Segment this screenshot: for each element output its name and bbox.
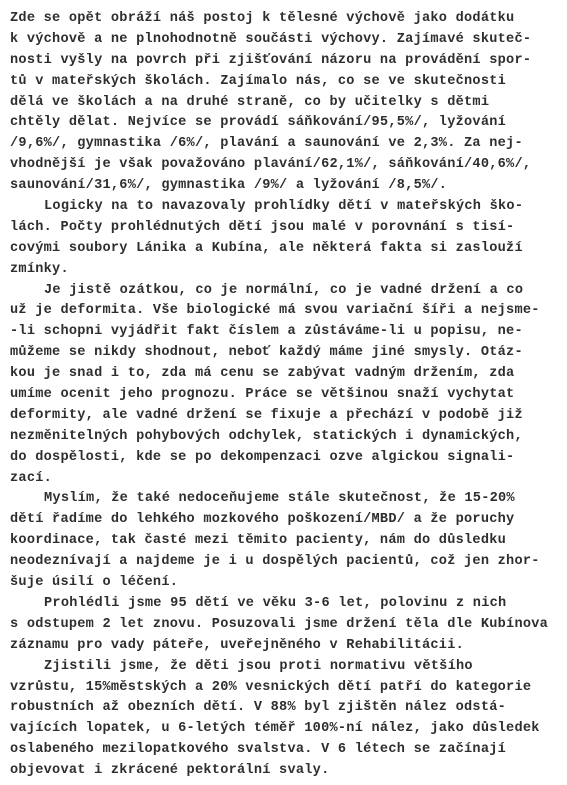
text-line: vhodnější je však považováno plavání/62,… xyxy=(10,155,555,176)
text-line: s odstupem 2 let znovu. Posuzovali jsme … xyxy=(10,615,555,636)
text-line: oslabeného mezilopatkového svalstva. V 6… xyxy=(10,740,555,761)
text-line: Zde se opět obráží náš postoj k tělesné … xyxy=(10,9,555,30)
text-line: k výchově a ne plnohodnotně součásti výc… xyxy=(10,30,555,51)
text-line: zmínky. xyxy=(10,260,555,281)
text-line: /9,6%/, gymnastika /6%/, plavání a sauno… xyxy=(10,134,555,155)
text-line: chtěly dělat. Nejvíce se provádí sáňková… xyxy=(10,113,555,134)
paragraph-start-line: Logicky na to navazovaly prohlídky dětí … xyxy=(10,197,555,218)
paragraph-start-line: Zjistili jsme, že děti jsou proti normat… xyxy=(10,657,555,678)
text-line: vajících lopatek, u 6-letých téměř 100%-… xyxy=(10,719,555,740)
text-line: covými soubory Lánika a Kubína, ale někt… xyxy=(10,239,555,260)
text-line: kou je snad i to, zda má cenu se zabývat… xyxy=(10,364,555,385)
paragraph-start-line: Prohlédli jsme 95 dětí ve věku 3-6 let, … xyxy=(10,594,555,615)
paragraph-start-line: Myslím, že také nedoceňujeme stále skute… xyxy=(10,489,555,510)
text-line: lách. Počty prohlédnutých dětí jsou malé… xyxy=(10,218,555,239)
text-line: zací. xyxy=(10,469,555,490)
typewritten-page: Zde se opět obráží náš postoj k tělesné … xyxy=(10,9,555,782)
text-line: dělá ve školách a na druhé straně, co by… xyxy=(10,93,555,114)
text-line: objevovat i zkrácené pektorální svaly. xyxy=(10,761,555,782)
text-line: tů v mateřských školách. Zajímalo nás, c… xyxy=(10,72,555,93)
text-line: už je deformita. Vše biologické má svou … xyxy=(10,301,555,322)
text-line: neodeznívají a najdeme je i u dospělých … xyxy=(10,552,555,573)
text-line: nosti vyšly na povrch při zjišťování náz… xyxy=(10,51,555,72)
text-line: deformity, ale vadné držení se fixuje a … xyxy=(10,406,555,427)
text-line: záznamu pro vady páteře, uveřejněného v … xyxy=(10,636,555,657)
text-line: saunování/31,6%/, gymnastika /9%/ a lyžo… xyxy=(10,176,555,197)
text-line: robustních až obezních dětí. V 88% byl z… xyxy=(10,698,555,719)
text-line: -li schopni vyjádřit fakt číslem a zůstá… xyxy=(10,322,555,343)
text-line: dětí řadíme do lehkého mozkového poškoze… xyxy=(10,510,555,531)
text-line: šuje úsilí o léčení. xyxy=(10,573,555,594)
text-line: vzrůstu, 15%městských a 20% vesnických d… xyxy=(10,678,555,699)
text-line: do dospělosti, kde se po dekompenzaci oz… xyxy=(10,448,555,469)
text-line: umíme ocenit jeho prognozu. Práce se vět… xyxy=(10,385,555,406)
text-line: nezměnitelných pohybových odchylek, stat… xyxy=(10,427,555,448)
text-line: koordinace, tak časté mezi těmito pacien… xyxy=(10,531,555,552)
text-line: můžeme se nikdy shodnout, neboť každý má… xyxy=(10,343,555,364)
paragraph-start-line: Je jistě ozátkou, co je normální, co je … xyxy=(10,281,555,302)
